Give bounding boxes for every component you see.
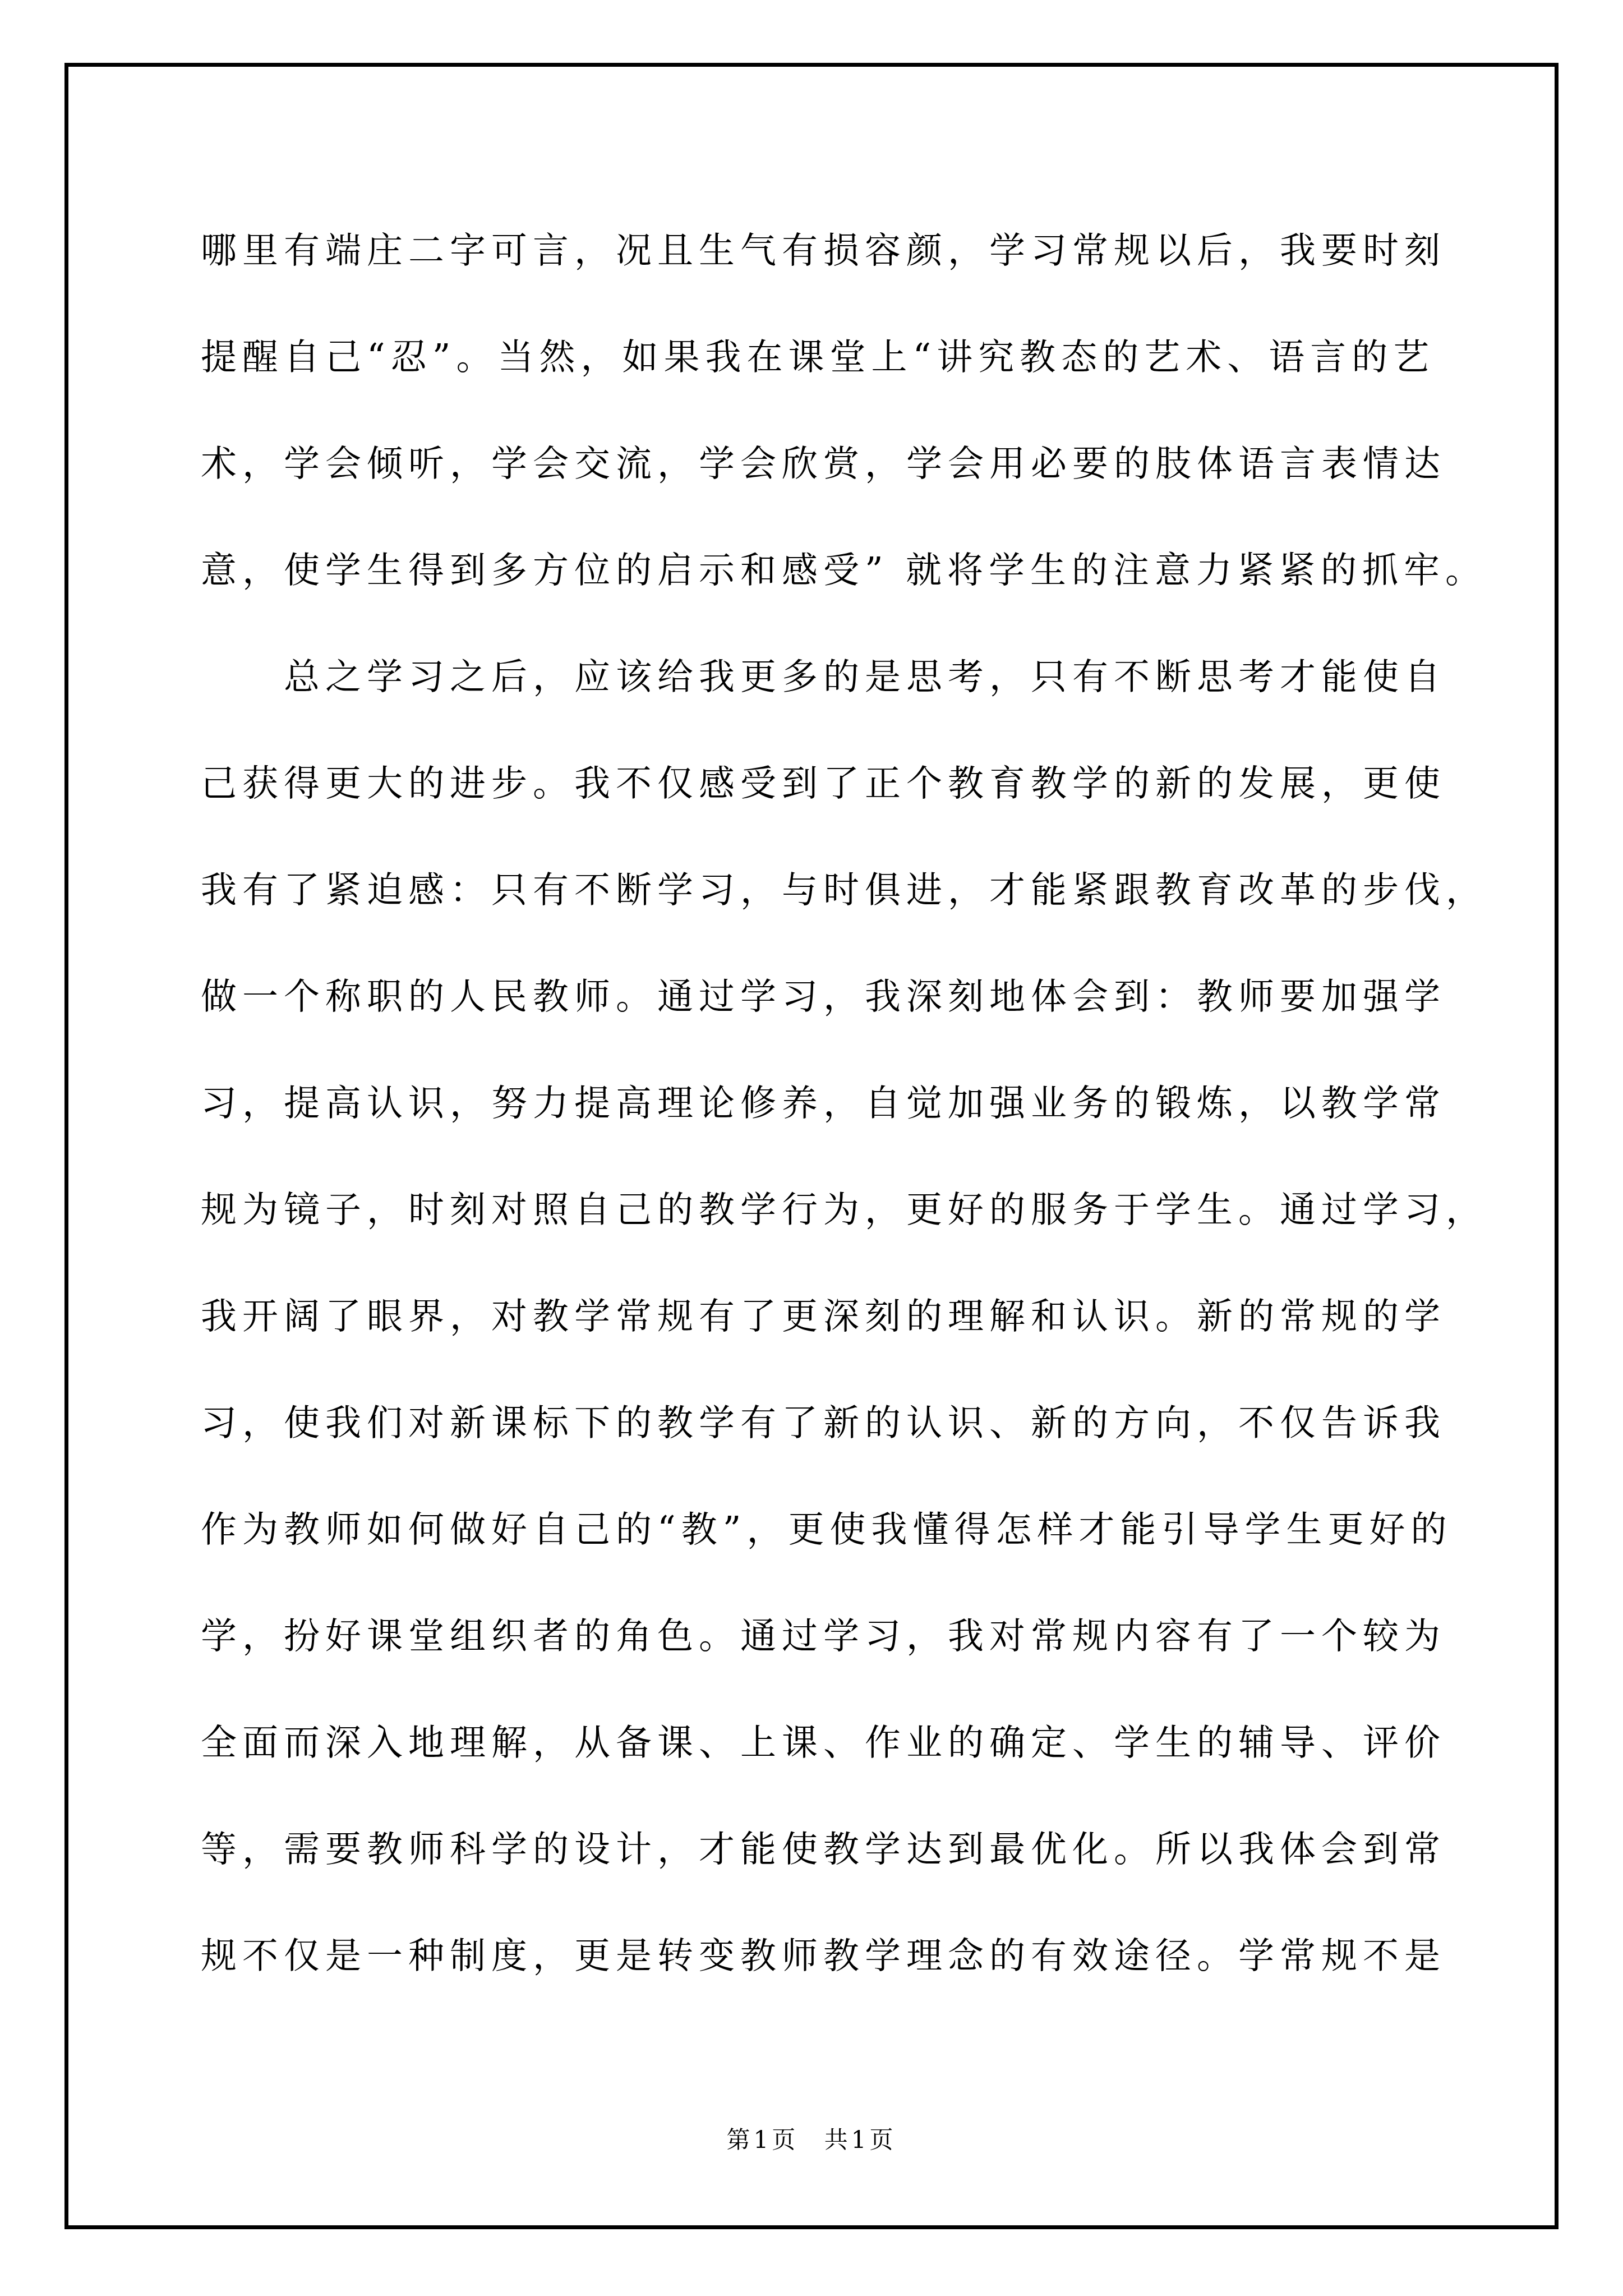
text-line: 做一个称职的人民教师。通过学习，我深刻地体会到：教师要加强学: [201, 944, 1457, 1050]
text-line: 习，使我们对新课标下的教学有了新的认识、新的方向，不仅告诉我: [201, 1370, 1457, 1476]
text-line: 学，扮好课堂组织者的角色。通过学习，我对常规内容有了一个较为: [201, 1583, 1457, 1690]
page-footer: 第1页 共1页: [0, 2122, 1623, 2155]
text-line: 我有了紧迫感：只有不断学习，与时俱进，才能紧跟教育改革的步伐，: [201, 837, 1457, 944]
text-line: 规不仅是一种制度，更是转变教师教学理念的有效途径。学常规不是: [201, 1903, 1457, 2009]
text-line: 我开阔了眼界，对教学常规有了更深刻的理解和认识。新的常规的学: [201, 1263, 1457, 1370]
document-lines: 哪里有端庄二字可言，况且生气有损容颜，学习常规以后，我要时刻提醒自己“忍”。当然…: [201, 197, 1457, 2009]
text-line: 全面而深入地理解，从备课、上课、作业的确定、学生的辅导、评价: [201, 1690, 1457, 1796]
text-line: 提醒自己“忍”。当然，如果我在课堂上“讲究教态的艺术、语言的艺: [201, 304, 1457, 411]
text-line: 总之学习之后，应该给我更多的是思考，只有不断思考才能使自: [201, 624, 1457, 730]
text-line: 哪里有端庄二字可言，况且生气有损容颜，学习常规以后，我要时刻: [201, 197, 1457, 304]
text-line: 规为镜子，时刻对照自己的教学行为，更好的服务于学生。通过学习，: [201, 1157, 1457, 1263]
text-line: 等，需要教师科学的设计，才能使教学达到最优化。所以我体会到常: [201, 1796, 1457, 1903]
document-page: { "document": { "lines": [ { "indent": f…: [0, 0, 1623, 2296]
text-line: 己获得更大的进步。我不仅感受到了正个教育教学的新的发展，更使: [201, 730, 1457, 837]
text-line: 作为教师如何做好自己的“教”，更使我懂得怎样才能引导学生更好的: [201, 1476, 1457, 1583]
text-line: 意，使学生得到多方位的启示和感受” 就将学生的注意力紧紧的抓牢。: [201, 517, 1457, 624]
text-line: 习，提高认识，努力提高理论修养，自觉加强业务的锻炼，以教学常: [201, 1050, 1457, 1157]
text-line: 术，学会倾听，学会交流，学会欣赏，学会用必要的肢体语言表情达: [201, 411, 1457, 517]
